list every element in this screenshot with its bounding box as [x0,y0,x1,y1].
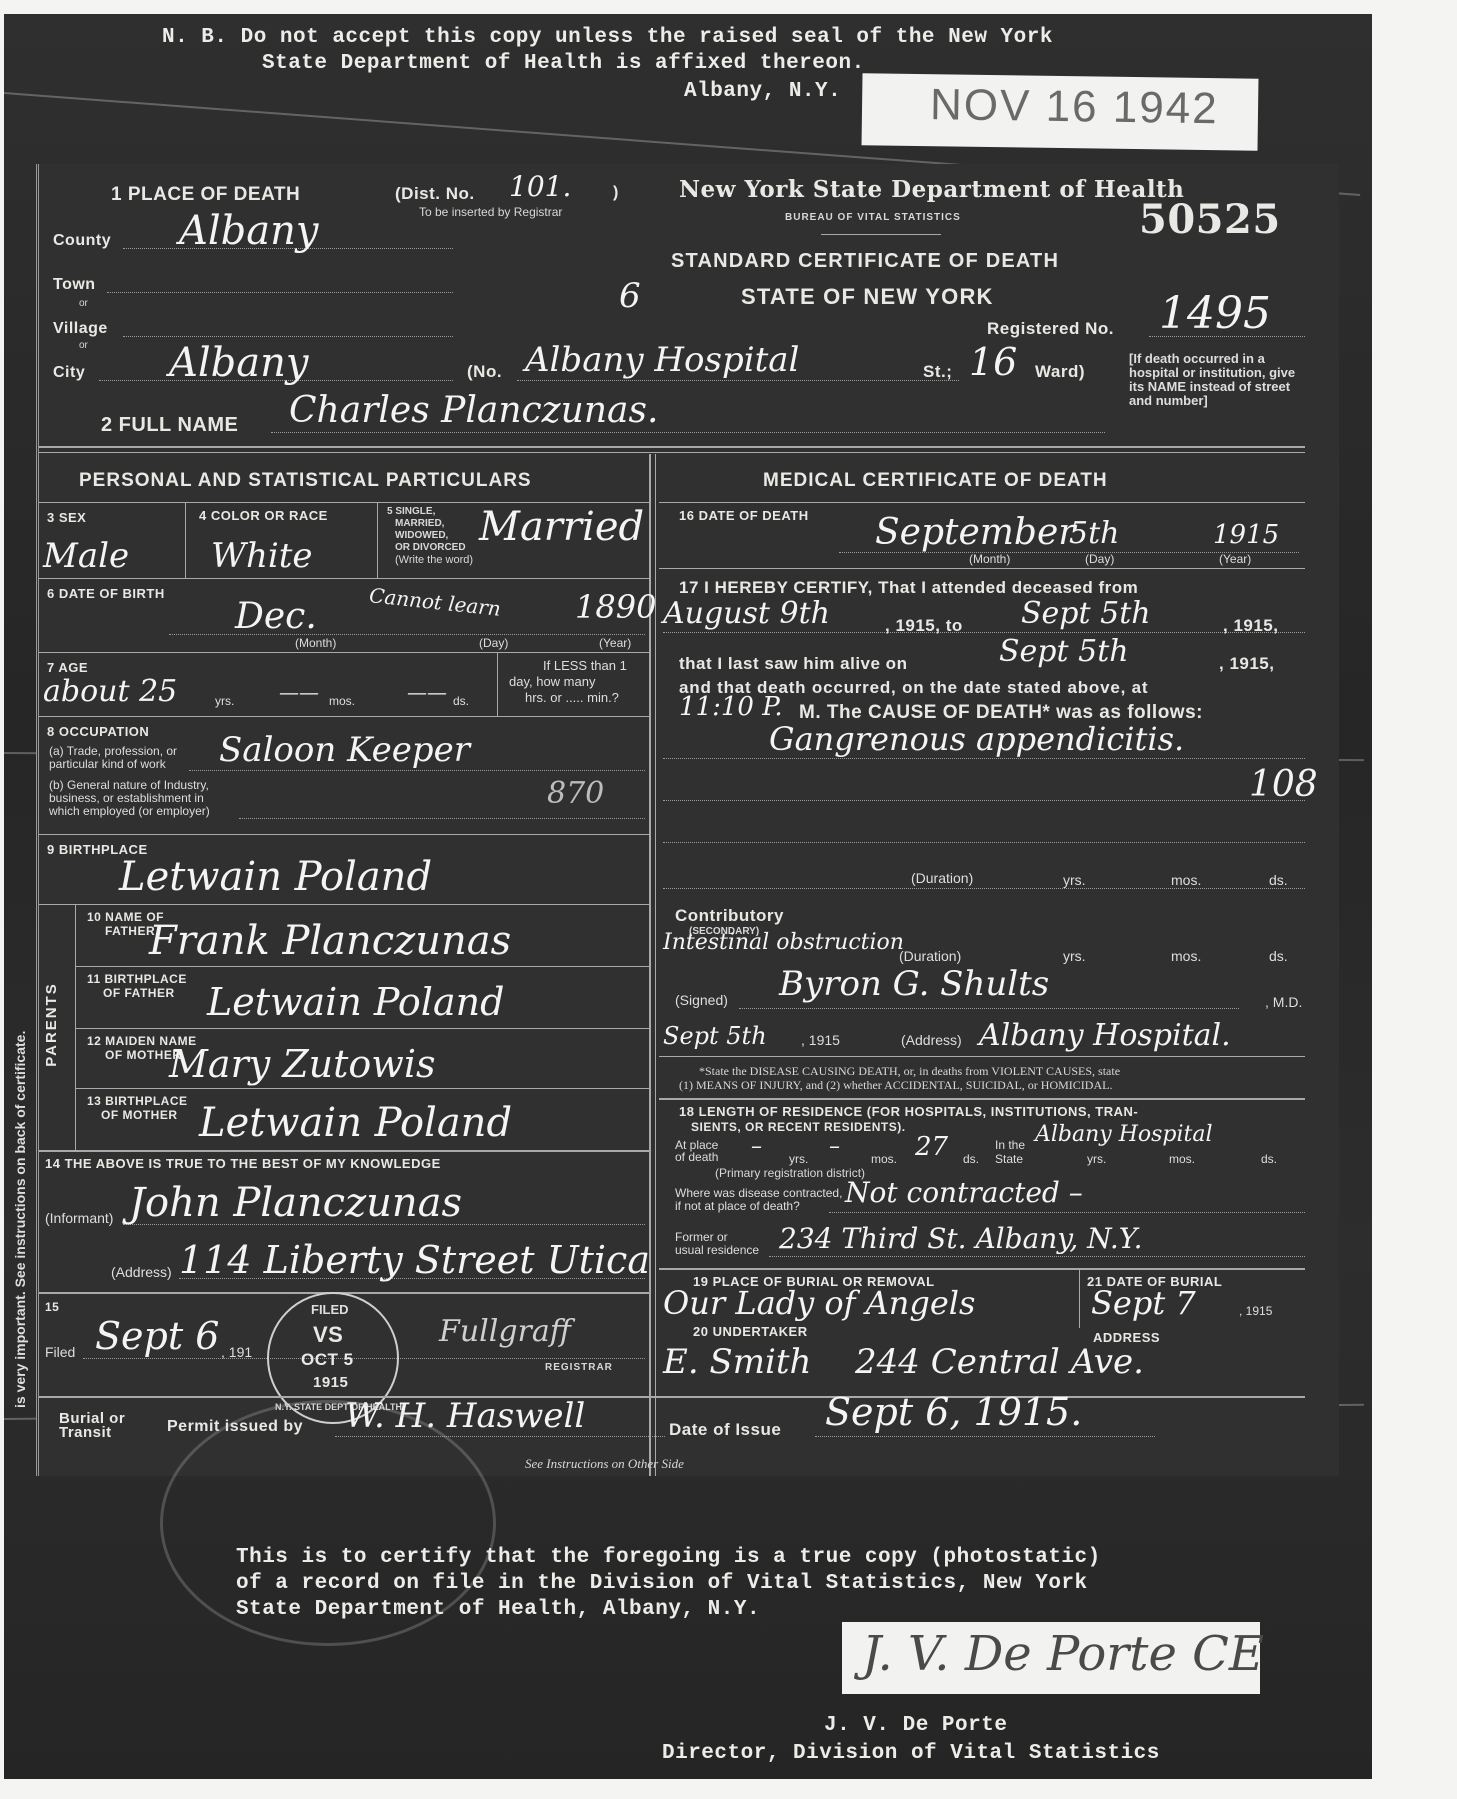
footnote: (1) MEANS OF INJURY, and (2) whether ACC… [679,1078,1112,1093]
cell-divider [185,502,186,578]
contributory-label: Contributory [675,906,784,926]
st-label: St.; [923,362,952,382]
row-divider [39,904,649,905]
dob-label: 6 DATE OF BIRTH [47,586,165,601]
certification-line3: State Department of Health, Albany, N.Y. [236,1598,760,1621]
section-divider [39,452,1305,453]
certification-line1: This is to certify that the foregoing is… [236,1546,1101,1569]
day-caption: (Day) [479,636,508,650]
ward-label: Ward) [1035,362,1085,382]
row-divider [39,502,649,503]
age-ds-dash: —— [407,680,447,704]
med-address-label: (Address) [901,1032,962,1048]
time-value: 11:10 P. [679,692,783,722]
hospital-note: [If death occurred in a hospital or inst… [1129,352,1305,408]
personal-heading: PERSONAL AND STATISTICAL PARTICULARS [79,470,532,492]
row-divider [659,568,1305,569]
occ-b-label: business, or establishment in [49,791,204,805]
director-title: Director, Division of Vital Statistics [662,1742,1160,1765]
death-certificate-photostat: N. B. Do not accept this copy unless the… [0,0,1457,1799]
in-state-value: Albany Hospital [1035,1122,1213,1147]
burial-date-value: Sept 7 [1091,1284,1196,1322]
date-stamp: NOV 16 1942 [930,80,1219,134]
marital-label: OR DIVORCED [395,542,466,553]
race-label: 4 COLOR OR RACE [199,508,328,523]
mother-value: Mary Zutowis [169,1042,435,1086]
row-divider [659,502,1305,503]
month-caption: (Month) [969,552,1010,566]
age-yrs: yrs. [215,694,234,708]
burial-transit-label: Transit [59,1424,112,1441]
state-mos: mos. [1169,1152,1195,1166]
cause-code: 108 [1249,764,1318,805]
dist-no-value: 101. [509,170,571,203]
age-ds: ds. [453,694,469,708]
dob-month: Dec. [235,596,317,637]
occ-a-value: Saloon Keeper [219,730,470,770]
contributory-value: Intestinal obstruction [663,930,904,955]
state-title: STATE OF NEW YORK [741,284,994,310]
occ-a-label: particular kind of work [49,757,166,771]
duration-label: (Duration) [911,870,973,886]
divider [821,234,941,235]
sex-value: Male [43,536,129,576]
full-name-label: 2 FULL NAME [101,414,238,437]
city-label: City [53,364,85,382]
undertaker-label: 20 UNDERTAKER [693,1324,808,1339]
attended-line [663,632,1305,633]
section-divider [39,446,1305,448]
cell-divider [497,652,498,716]
row-divider [659,1268,1305,1270]
row-divider [39,578,649,579]
marital-label: MARRIED, [395,518,444,529]
signed-year: , 1915 [801,1032,840,1048]
filed-number: 15 [45,1300,59,1314]
mother-bp-label: 13 BIRTHPLACE [87,1094,188,1108]
occ-b-label: which employed (or employer) [49,804,210,818]
former-line [769,1256,1305,1257]
occ-a-label: (a) Trade, profession, or [49,744,177,758]
burial-date-year: , 1915 [1239,1304,1272,1318]
dod-day: 5th [1069,516,1119,551]
res-ds-value: 27 [915,1132,948,1162]
cause-line [663,800,1305,801]
department-title: New York State Department of Health [679,176,1184,203]
row-divider [659,1056,1305,1057]
duration-yrs: yrs. [1063,948,1086,964]
row-divider [39,652,649,653]
seal-date: OCT 5 [301,1350,354,1370]
father-bp-value: Letwain Poland [207,980,504,1024]
seal-year: 1915 [313,1374,348,1391]
street-no-label: (No. [467,362,502,382]
age-mos-dash: —— [279,680,319,704]
date-stamp-paper: NOV 16 1942 [862,73,1259,151]
header-note-line2: State Department of Health is affixed th… [262,52,865,75]
issue-date-line [815,1436,1155,1437]
undertaker-address-value: 244 Central Ave. [855,1342,1144,1382]
village-label: Village [53,320,108,338]
village-line [123,336,453,337]
parents-divider [75,904,76,1150]
sex-label: 3 SEX [47,510,86,525]
duration-mos: mos. [1171,872,1201,888]
year-caption: (Year) [1219,552,1251,566]
place-of-death-label: 1 PLACE OF DEATH [111,184,300,206]
md-label: , M.D. [1265,994,1302,1010]
row-divider [39,1396,1305,1398]
res-yrs: yrs. [789,1152,808,1166]
duration-label: (Duration) [899,948,961,964]
former-label: Former or [675,1230,728,1244]
month-caption: (Month) [295,636,336,650]
dist-no-label: (Dist. No. [395,184,475,204]
contracted-label: if not at place of death? [675,1199,800,1213]
bureau-label: BUREAU OF VITAL STATISTICS [785,212,961,223]
in-state-label: In the [995,1138,1025,1152]
cause-line [663,758,1305,759]
primary-note: (Primary registration district) [715,1166,865,1180]
town-line [107,292,453,293]
last-saw-value: Sept 5th [999,634,1129,669]
header-note-line1: N. B. Do not accept this copy unless the… [162,26,1053,49]
marital-label: WIDOWED, [395,530,448,541]
former-label: usual residence [675,1243,759,1257]
birthplace-value: Letwain Poland [119,854,432,900]
occupation-label: 8 OCCUPATION [47,724,149,739]
dob-year: 1890 [575,588,656,626]
cause-line [663,842,1305,843]
margin-note: is very important. See instructions on b… [12,868,28,1408]
res-mos-value: – [829,1134,840,1159]
less-than-label: If LESS than 1 [543,658,627,673]
burial-place-value: Our Lady of Angels [663,1284,975,1322]
knowledge-label: 14 THE ABOVE IS TRUE TO THE BEST OF MY K… [45,1156,441,1171]
contracted-value: Not contracted – [845,1176,1083,1209]
father-label: FATHER [105,924,155,938]
duration-ds: ds. [1269,948,1288,964]
occ-b-value: 870 [547,776,604,811]
header-location: Albany, N.Y. [684,80,841,103]
contracted-label: Where was disease contracted, [675,1186,842,1200]
last-saw-label: that I last saw him alive on [679,654,907,674]
mother-bp-label: OF MOTHER [101,1108,178,1122]
duration-line [663,888,1305,889]
dod-year: 1915 [1213,520,1279,550]
race-value: White [211,536,313,576]
full-name-line [271,432,1105,433]
county-value: Albany [179,208,319,254]
seal-initials: VS [313,1322,343,1348]
med-address-value: Albany Hospital. [979,1018,1231,1053]
see-instructions: See Instructions on Other Side [525,1456,684,1472]
certify-line: 17 I HEREBY CERTIFY, That I attended dec… [679,578,1138,598]
town-label: Town [53,276,96,294]
or-label: or [79,298,88,309]
filed-value: Sept 6 [95,1314,219,1358]
city-value: Albany [169,340,309,386]
address-value: 114 Liberty Street Utica [179,1238,650,1282]
certification-line2: of a record on file in the Division of V… [236,1572,1088,1595]
in-state-label: State [995,1152,1023,1166]
former-value: 234 Third St. Albany, N.Y. [779,1222,1143,1255]
row-divider [659,1098,1305,1100]
certificate-number: 50525 [1139,196,1281,243]
dist-no-close: ) [613,184,619,202]
marital-label: (Write the word) [395,554,473,566]
filed-label: Filed [45,1344,75,1360]
cause-value: Gangrenous appendicitis. [769,720,1184,758]
marital-label: 5 SINGLE, [387,506,435,517]
or-label: or [79,340,88,351]
state-yrs: yrs. [1087,1152,1106,1166]
row-divider [75,1028,649,1029]
signed-value: Byron G. Shults [779,964,1049,1004]
extra-mark: 6 [619,276,641,316]
last-saw-year: , 1915, [1219,654,1275,674]
certificate-title: STANDARD CERTIFICATE OF DEATH [671,250,1059,273]
age-mos: mos. [329,694,355,708]
street-no-value: Albany Hospital [525,340,799,380]
row-divider [39,834,649,835]
director-name: J. V. De Porte [824,1714,1007,1737]
informant-label: (Informant) [45,1210,113,1226]
issue-date-value: Sept 6, 1915. [825,1390,1082,1434]
occ-a-line [189,770,645,771]
certificate-form: 1 PLACE OF DEATH (Dist. No. 101. ) To be… [36,164,1339,1476]
signature-paper: J. V. De Porte CE [842,1622,1260,1694]
father-bp-label: OF FATHER [103,986,175,1000]
county-label: County [53,232,111,250]
dod-month: September [875,512,1075,553]
mother-bp-value: Letwain Poland [199,1100,512,1146]
registered-no-value: 1495 [1159,288,1271,339]
contracted-line [829,1212,1305,1213]
parents-label: PARENTS [43,982,60,1067]
occ-b-label: (b) General nature of Industry, [49,778,209,792]
duration-ds: ds. [1269,872,1288,888]
father-bp-label: 11 BIRTHPLACE [87,972,187,986]
row-divider [75,1088,649,1089]
attended-from: August 9th [663,596,830,631]
residence-label: SIENTS, OR RECENT RESIDENTS). [691,1120,906,1134]
less-than-label: hrs. or ..... min.? [525,690,619,705]
dod-label: 16 DATE OF DEATH [679,508,809,523]
informant-value: John Planczunas [129,1180,462,1226]
age-value: about 25 [43,674,177,709]
registered-no-label: Registered No. [987,319,1114,339]
address-label: (Address) [111,1264,172,1280]
seal-top: FILED [311,1302,349,1317]
res-yrs-value: – [751,1134,762,1159]
director-signature: J. V. De Porte CE [862,1626,1264,1682]
cell-divider [1079,1268,1080,1328]
undertaker-value: E. Smith [663,1342,811,1382]
filed-year: , 191 [221,1344,252,1360]
signed-label: (Signed) [675,992,728,1008]
state-ds: ds. [1261,1152,1277,1166]
occ-b-line [239,818,645,819]
cell-divider [377,502,378,578]
signed-line [739,1008,1239,1009]
row-divider [75,966,649,967]
age-label: 7 AGE [47,660,88,675]
dob-day: Cannot learn [368,583,502,621]
signed-date: Sept 5th [663,1022,767,1050]
marital-value: Married [479,504,644,550]
res-ds: ds. [963,1152,979,1166]
dist-note: To be inserted by Registrar [419,205,562,219]
attended-to-year: , 1915, [1223,616,1279,636]
row-divider [39,716,649,717]
attended-from-year: , 1915, to [885,616,963,636]
footnote: *State the DISEASE CAUSING DEATH, or, in… [699,1064,1120,1079]
residence-label: 18 LENGTH OF RESIDENCE (FOR HOSPITALS, I… [679,1104,1138,1119]
at-place-label: of death [675,1150,718,1164]
year-caption: (Year) [599,636,631,650]
row-divider [39,1150,649,1152]
duration-mos: mos. [1171,948,1201,964]
day-caption: (Day) [1085,552,1114,566]
registrar-signature: Fullgraff [439,1314,571,1349]
registrar-label: REGISTRAR [545,1362,613,1373]
father-value: Frank Planczunas [149,918,511,964]
res-mos: mos. [871,1152,897,1166]
medical-heading: MEDICAL CERTIFICATE OF DEATH [763,470,1108,492]
ward-value: 16 [969,340,1017,384]
attended-to: Sept 5th [1021,596,1151,631]
street-line [517,380,959,381]
less-than-label: day, how many [509,674,595,689]
issue-date-label: Date of Issue [669,1420,781,1440]
full-name-value: Charles Planczunas. [289,390,658,431]
duration-yrs: yrs. [1063,872,1086,888]
